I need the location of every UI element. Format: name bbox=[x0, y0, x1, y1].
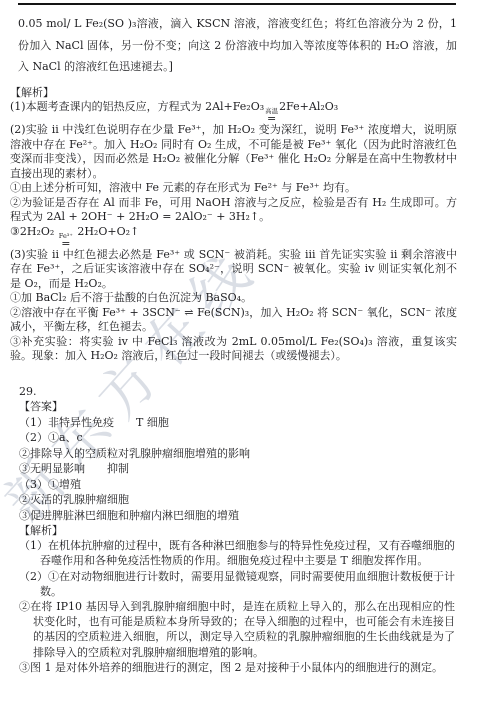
analysis-item-circle3b: ③补充实验：将实验 iv 中 FeCl₃ 溶液改为 2mL 0.05mol/L … bbox=[10, 335, 457, 364]
page-top-rule bbox=[18, 3, 456, 5]
chemistry-analysis-section: 【解析】 (1)本题考查课内的铝热反应，方程式为 2Al+Fe₂O₃高温=2Fe… bbox=[10, 86, 457, 364]
answer-2-circle2: ②排除导入的空质粒对乳腺肿瘤细胞增殖的影响 bbox=[19, 446, 455, 462]
answer-header: 【答案】 bbox=[19, 399, 455, 415]
equation-pre: (1)本题考查课内的铝热反应，方程式为 2Al+Fe₂O₃ bbox=[10, 100, 264, 113]
answer-2-circle3: ③无明显影响 抑制 bbox=[19, 461, 455, 477]
analysis-29-p4: ③图 1 是对体外培养的细胞进行的测定，图 2 是对接种于小鼠体内的细胞进行的测… bbox=[19, 660, 455, 675]
document-page: 0.05 mol/ L Fe₂(SO )₃溶液，滴入 KSCN 溶液，溶液变红色… bbox=[0, 13, 477, 675]
answer-3: （3）①增殖 bbox=[19, 477, 455, 493]
peroxide-equation-line: ③2H₂O₂ Fe³⁺= 2H₂O+O₂↑ bbox=[10, 225, 457, 248]
question-number: 29. bbox=[19, 384, 455, 400]
equation-post: 2H₂O+O₂↑ bbox=[74, 225, 139, 238]
analysis-item-circle2b: ②溶液中存在平衡 Fe³⁺ + 3SCN⁻ ⇌ Fe(SCN)₃，加入 H₂O₂… bbox=[10, 306, 457, 335]
equation-post: 2Fe+Al₂O₃ bbox=[279, 100, 338, 113]
equals-sign: = bbox=[61, 239, 70, 248]
analysis-header: 【解析】 bbox=[10, 86, 457, 101]
equals-sign: = bbox=[267, 114, 276, 123]
analysis-29-p1: （1）在机体抗肿瘤的过程中，既有各种淋巴细胞参与的特异性免疫过程，又有吞噬细胞的… bbox=[19, 538, 455, 568]
equals-with-condition: 高温= bbox=[265, 108, 278, 123]
question-excerpt-paragraph: 0.05 mol/ L Fe₂(SO )₃溶液，滴入 KSCN 溶液，溶液变红色… bbox=[18, 13, 457, 78]
equation-pre: ③2H₂O₂ bbox=[10, 225, 58, 238]
analysis-29-p3: ②在将 IP10 基因导入到乳腺肿瘤细胞中时，是连在质粒上导入的，那么在出现相应… bbox=[19, 599, 455, 660]
biology-analysis-section: 【解析】 （1）在机体抗肿瘤的过程中，既有各种淋巴细胞参与的特异性免疫过程，又有… bbox=[19, 523, 455, 675]
answer-2: （2）①a、c bbox=[19, 430, 455, 446]
thermite-equation-line: (1)本题考查课内的铝热反应，方程式为 2Al+Fe₂O₃高温=2Fe+Al₂O… bbox=[10, 100, 457, 123]
analysis-item-3: (3)实验 ii 中红色褪去必然是 Fe³⁺ 或 SCN⁻ 被消耗。实验 iii… bbox=[10, 248, 457, 292]
question-29-section: 29. 【答案】 （1）非特异性免疫 T 细胞 （2）①a、c ②排除导入的空质… bbox=[19, 384, 455, 676]
analysis-header-29: 【解析】 bbox=[19, 523, 455, 538]
analysis-item-2: (2)实验 ii 中浅红色说明存在少量 Fe³⁺，加 H₂O₂ 变为深红，说明 … bbox=[10, 123, 457, 181]
analysis-item-circle1b: ①加 BaCl₂ 后不溶于盐酸的白色沉淀为 BaSO₄。 bbox=[10, 291, 457, 306]
answer-3-circle2: ②灭活的乳腺肿瘤细胞 bbox=[19, 492, 455, 508]
answer-3-circle3: ③促进脾脏淋巴细胞和肿瘤内淋巴细胞的增殖 bbox=[19, 508, 455, 524]
analysis-item-circle2: ②为验证是否存在 Al 而非 Fe，可用 NaOH 溶液与之反应，检验是否有 H… bbox=[10, 196, 457, 225]
answer-1: （1）非特异性免疫 T 细胞 bbox=[19, 415, 455, 431]
analysis-29-p2: （2）①在对动物细胞进行计数时，需要用显微镜观察，同时需要使用血细胞计数板便于计… bbox=[19, 569, 455, 599]
analysis-item-circle1: ①由上述分析可知，溶液中 Fe 元素的存在形式为 Fe²⁺ 与 Fe³⁺ 均有。 bbox=[10, 181, 457, 196]
equals-with-catalyst: Fe³⁺= bbox=[59, 233, 73, 248]
